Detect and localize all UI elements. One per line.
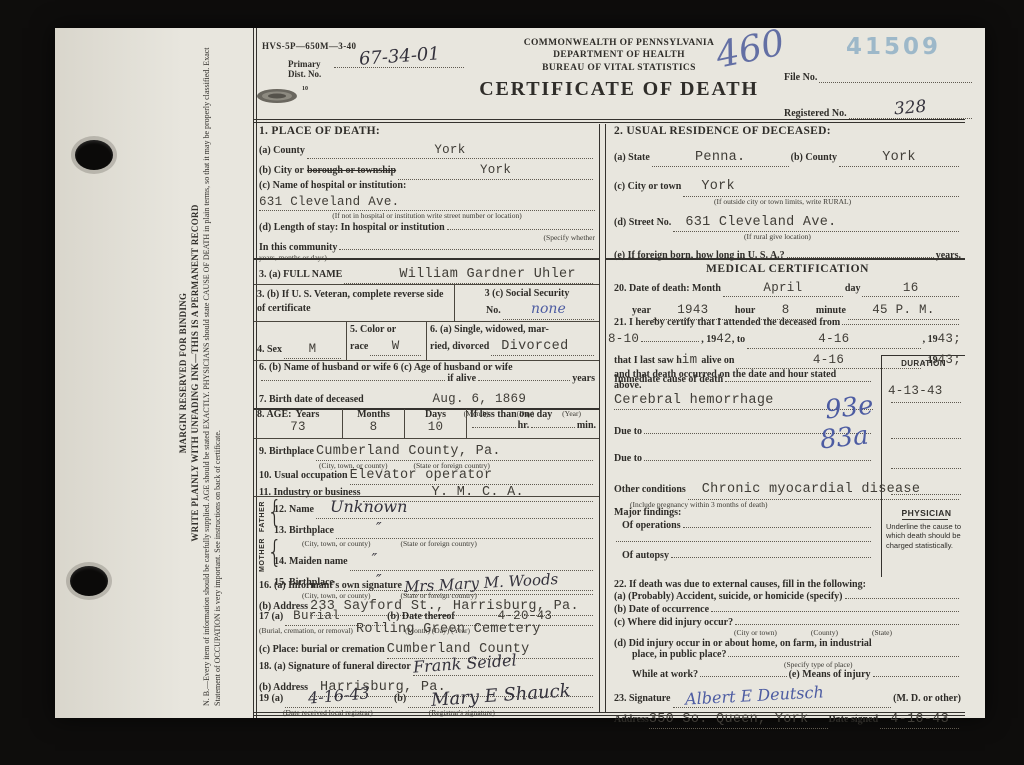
res-city-value: York [701, 179, 735, 194]
death-year-label: year [632, 305, 651, 316]
section-birthplace: 9. Birthplace Cumberland County, Pa. (Ci… [254, 438, 599, 463]
certificate-form: HVS-5P—650M—3-40 Primary Dist. No. 67-34… [253, 28, 988, 718]
age-years-value: 73 [257, 420, 339, 434]
city-label: (b) City or [259, 165, 304, 176]
primary-dist-label: Primary Dist. No. [288, 59, 321, 80]
section-full-name: 3. (a) FULL NAME William Gardner Uhler [254, 258, 599, 284]
accident-label: (a) (Probably) Accident, suicide, or hom… [614, 591, 843, 602]
father-bp-note2: (State or foreign country) [400, 539, 476, 548]
father-birthplace-label: 13. Birthplace [274, 525, 334, 536]
full-name-label: 3. (a) FULL NAME [259, 269, 342, 280]
length-of-stay-label: (d) Length of stay: In hospital or insti… [259, 222, 445, 233]
physician-note: Underline the cause to which death shoul… [886, 522, 963, 550]
accident-blank [845, 598, 960, 599]
veteran-note: 3. (b) If U. S. Veteran, complete revers… [257, 288, 451, 316]
other-conditions-label: Other conditions [614, 484, 686, 495]
immediate-cause-value: Cerebral hemorrhage [614, 393, 774, 408]
state-value: Penna. [695, 150, 745, 165]
sex-label: 4. Sex [257, 344, 282, 355]
disposal-num: 17 (a) [259, 611, 283, 622]
date-received-value: 4-16-43 [307, 685, 370, 706]
burial-place-label: (c) Place: burial or cremation [259, 644, 385, 655]
ssn-value: none [531, 301, 566, 317]
spouse-name-blank [261, 380, 445, 381]
section-external-causes: 22. If death was due to external causes,… [606, 576, 965, 686]
spouse-age-blank [478, 380, 570, 381]
section-birth-date: 7. Birth date of deceased Aug. 6, 1869 (… [254, 387, 599, 408]
death-day-value: 16 [903, 281, 919, 295]
race-label-line2: race [350, 341, 368, 352]
age-years-label: Years [295, 409, 319, 420]
ssn-label: 3 (c) Social Security [458, 288, 596, 299]
cause-code-2: 83a [819, 423, 870, 454]
md-or-other-note: (M. D. or other) [893, 693, 961, 704]
file-no-row: File No. [784, 72, 974, 83]
street-note: (If rural give location) [744, 232, 961, 241]
res-city-label: (c) City or town [614, 181, 681, 192]
industry-value: Y. M. C. A. [432, 485, 524, 500]
marital-label-line1: 6. (a) Single, widowed, mar- [430, 324, 596, 335]
age-days-label: Days [408, 409, 463, 420]
registrar-num: 19 (a) [259, 693, 283, 704]
street-label: (d) Street No. [614, 217, 671, 228]
column-divider [599, 124, 606, 712]
dist-no-label: Dist. No. [288, 69, 321, 79]
last-saw-year: 43; [938, 353, 961, 368]
city-value: York [480, 163, 511, 177]
birthplace-value: Cumberland County, Pa. [316, 444, 501, 459]
document-title: CERTIFICATE OF DEATH [439, 79, 799, 99]
to-label: , to [732, 334, 745, 345]
community-blank [339, 249, 593, 250]
death-year-value: 1943 [677, 303, 708, 317]
attended-blank [842, 324, 959, 325]
mother-birthplace-ditto: ″ [376, 571, 382, 589]
cause-duration-value: 4-13-43 [888, 384, 943, 398]
age-label: 8. AGE: [257, 409, 291, 420]
race-label-line1: 5. Color or [350, 324, 423, 335]
place-of-death-title: 1. PLACE OF DEATH: [259, 125, 595, 139]
birth-date-value: Aug. 6, 1869 [433, 392, 527, 406]
injury-home-label2: place, in public place? [632, 649, 726, 660]
injury-county-note: (County) [811, 628, 838, 637]
death-hour-label: hour [735, 305, 756, 316]
bottom-rule [254, 712, 965, 716]
death-minute-value: 45 P. M. [872, 303, 934, 317]
hr-label: hr. [518, 420, 530, 431]
date-signed-value: 4-16-43 [890, 712, 949, 727]
funeral-director-signature: Frank Seidel [412, 652, 517, 675]
margin-note-line1: MARGIN RESERVED FOR BINDING [177, 40, 189, 706]
file-no-label: File No. [784, 72, 817, 83]
marital-label-line2: ried, divorced [430, 341, 489, 352]
hospital-note: (If not in hospital or institution write… [259, 211, 595, 220]
physician-signature-value: Albert E Deutsch [684, 684, 823, 707]
injury-where-blank [735, 624, 959, 625]
duration-stub-3 [891, 468, 961, 469]
father-side-label: FATHER [259, 501, 266, 532]
struck-borough-township: borough or township [307, 165, 396, 176]
mother-brace: { [267, 537, 282, 567]
autopsy-label: Of autopsy [622, 550, 669, 561]
race-value: W [392, 339, 400, 353]
marital-value: Divorced [501, 339, 568, 354]
due-to-2-label: Due to [614, 453, 642, 464]
certificate-paper: MARGIN RESERVED FOR BINDING WRITE PLAINL… [55, 28, 985, 718]
min-label: min. [577, 420, 596, 431]
hr-blank [472, 427, 516, 428]
spouse-label: 6. (b) Name of husband or wife 6 (c) Age… [259, 362, 595, 373]
occurrence-date-blank [711, 611, 959, 612]
birthplace-label: 9. Birthplace [259, 446, 314, 457]
mother-maiden-label: 14. Maiden name [274, 556, 348, 567]
seal-superscript: 10 [302, 86, 308, 92]
age-less-label: If less than one day [470, 409, 596, 420]
scanned-death-certificate: MARGIN RESERVED FOR BINDING WRITE PLAINL… [0, 0, 1024, 765]
injury-place-note: (Specify type of place) [784, 660, 961, 669]
injury-home-blank [728, 656, 959, 657]
burial-place-line1: Rolling Green Cemetery [356, 622, 541, 637]
occupation-value: Elevator operator [350, 468, 493, 483]
other-conditions-value: Chronic myocardial disease [702, 482, 920, 497]
binding-margin-note: MARGIN RESERVED FOR BINDING WRITE PLAINL… [177, 40, 223, 706]
binding-margin: MARGIN RESERVED FOR BINDING WRITE PLAINL… [55, 28, 253, 718]
physician-instruction: PHYSICIAN Underline the cause to which d… [886, 508, 963, 550]
registrar-signature-value: Mary E Shauck [430, 682, 571, 710]
section-sex-race-marital: 4. Sex M 5. Color or race W 6. (a) Singl… [254, 321, 599, 360]
community-label: In this community [259, 242, 337, 253]
if-alive-label: if alive [447, 373, 476, 384]
father-birthplace-ditto: ″ [376, 519, 382, 537]
res-city-note: (If outside city or town limits, write R… [714, 197, 961, 206]
occurrence-date-label: (b) Date of occurrence [614, 604, 709, 615]
section-place-of-death: 1. PLACE OF DEATH: (a) County York (b) C… [254, 124, 599, 258]
res-county-value: York [882, 150, 916, 165]
section-occupation: 10. Usual occupation Elevator operator [254, 463, 599, 480]
medical-certification-title: MEDICAL CERTIFICATION [614, 263, 961, 277]
state-label: (a) State [614, 152, 650, 163]
section-informant: 16. (a) Informant's own signature Mrs Ma… [254, 573, 599, 604]
attended-from-year: 42 [716, 332, 732, 347]
pre19b: , 19 [923, 334, 938, 345]
attended-from-value: 8-10 [608, 332, 639, 347]
physician-signature-label: 23. Signature [614, 693, 671, 704]
primary-label: Primary [288, 59, 321, 69]
section-residence: 2. USUAL RESIDENCE OF DECEASED: (a) Stat… [606, 124, 965, 258]
street-value: 631 Cleveland Ave. [685, 215, 836, 230]
cause-code-1: 93e [823, 393, 874, 424]
margin-note-line2: WRITE PLAINLY WITH UNFADING INK—THIS IS … [189, 40, 201, 706]
veteran-line1: 3. (b) If U. S. Veteran, complete [257, 289, 391, 300]
header-rule [254, 119, 965, 123]
file-number-stamp: 41509 [846, 36, 941, 59]
informant-signature-value: Mrs Mary M. Woods [404, 572, 559, 595]
duration-stub-2 [891, 438, 961, 439]
left-column: 1. PLACE OF DEATH: (a) County York (b) C… [254, 124, 599, 712]
at-work-blank [700, 676, 786, 677]
section-physician-signature: 23. Signature Albert E Deutsch (M. D. or… [606, 686, 965, 712]
years-suffix: years [572, 373, 595, 384]
means-of-injury-blank [873, 676, 959, 677]
means-of-injury-label: (e) Means of injury [789, 669, 871, 680]
father-brace: { [267, 497, 282, 527]
death-hour-value: 8 [782, 303, 790, 317]
operations-blank [683, 527, 871, 528]
him-value: im [682, 353, 698, 368]
punch-hole-top [75, 140, 113, 170]
due-to-1-label: Due to [614, 426, 642, 437]
birth-date-label: 7. Birth date of deceased [259, 394, 364, 405]
ssn-no-label: No. [486, 305, 501, 316]
immediate-cause-blank [725, 381, 871, 382]
residence-title: 2. USUAL RESIDENCE OF DECEASED: [614, 125, 961, 139]
registered-no-row: Registered No. 328 [784, 100, 974, 119]
father-bp-note1: (City, town, or county) [302, 539, 370, 548]
injury-where-label: (c) Where did injury occur? [614, 617, 733, 628]
section-spouse: 6. (b) Name of husband or wife 6 (c) Age… [254, 360, 599, 387]
age-days-value: 10 [408, 420, 463, 434]
hospital-label: (c) Name of hospital or institution: [259, 180, 406, 191]
age-months-value: 8 [346, 420, 401, 434]
alive-on-label: alive on [701, 355, 734, 366]
external-causes-label: 22. If death was due to external causes,… [614, 579, 961, 590]
physician-title: PHYSICIAN [902, 508, 948, 520]
res-county-label: (b) County [791, 152, 837, 163]
mother-side-label: MOTHER [259, 538, 266, 572]
attended-from-line [641, 341, 699, 342]
at-work-label: While at work? [632, 669, 698, 680]
margin-note-line3: N. B.—Every item of information should b… [202, 40, 223, 706]
immediate-cause-label: Immediate cause of death [614, 374, 723, 385]
attended-to-year: 43; [938, 332, 961, 347]
right-column: 2. USUAL RESIDENCE OF DECEASED: (a) Stat… [606, 124, 965, 712]
county-label: (a) County [259, 145, 305, 156]
death-minute-label: minute [816, 305, 846, 316]
punch-hole-bottom [70, 566, 108, 596]
last-saw-date: 4-16 [813, 353, 844, 367]
age-months-label: Months [346, 409, 401, 420]
duration-column: DURATION 4-13-43 PHYSICIAN Underline the… [881, 355, 965, 577]
registered-no-value: 328 [893, 99, 927, 119]
form-header: HVS-5P—650M—3-40 Primary Dist. No. 67-34… [254, 28, 988, 119]
autopsy-blank [671, 557, 871, 558]
date-thereof-value: 4-20-43 [498, 609, 553, 623]
state-seal-icon: 10 [256, 88, 308, 109]
death-day-label: day [845, 283, 861, 294]
full-name-value: William Gardner Uhler [399, 267, 575, 282]
disposal-method-value: Burial [293, 609, 340, 623]
injury-state-note: (State) [872, 628, 892, 637]
disposal-method-note: (Burial, cremation, or removal) [259, 626, 353, 635]
operations-blank2 [616, 541, 871, 542]
death-month-value: April [763, 281, 802, 295]
physician-address-value: 350 So. Queen, York [649, 712, 809, 727]
father-name-value: Unknown [330, 497, 407, 516]
funeral-director-label: 18. (a) Signature of funeral director [259, 661, 411, 672]
pre19a: , 19 [701, 334, 716, 345]
attended-to-value: 4-16 [818, 332, 849, 346]
form-body: 1. PLACE OF DEATH: (a) County York (b) C… [254, 124, 965, 712]
death-date-label: 20. Date of death: Month [614, 283, 721, 294]
section-veteran-ssn: 3. (b) If U. S. Veteran, complete revers… [254, 284, 599, 321]
specify-whether-note: (Specify whether [259, 233, 595, 242]
sex-value: M [309, 342, 317, 356]
mother-maiden-ditto: ″ [372, 550, 378, 568]
registered-no-label: Registered No. [784, 108, 847, 119]
county-value: York [434, 143, 465, 157]
section-medical-header: MEDICAL CERTIFICATION 20. Date of death:… [606, 258, 965, 316]
min-blank [531, 427, 575, 428]
injury-home-label1: (d) Did injury occur in or about home, o… [614, 638, 961, 649]
length-of-stay-blank [447, 229, 593, 230]
due-to-2-blank [644, 460, 871, 461]
last-saw-label: that I last saw h [614, 355, 682, 366]
hospital-value: 631 Cleveland Ave. [259, 195, 399, 209]
operations-label: Of operations [622, 520, 681, 531]
file-no-blank [819, 82, 972, 83]
attended-label: 21. I hereby certify that I attended the… [614, 317, 840, 328]
injury-city-note: (City or town) [734, 628, 777, 637]
section-parents: FATHER { MOTHER { 12. Name Unknown 13. B… [254, 496, 599, 573]
section-age: 8. AGE: Years 73 Months 8 Days 10 [254, 408, 599, 438]
duration-stub-1 [891, 402, 961, 403]
